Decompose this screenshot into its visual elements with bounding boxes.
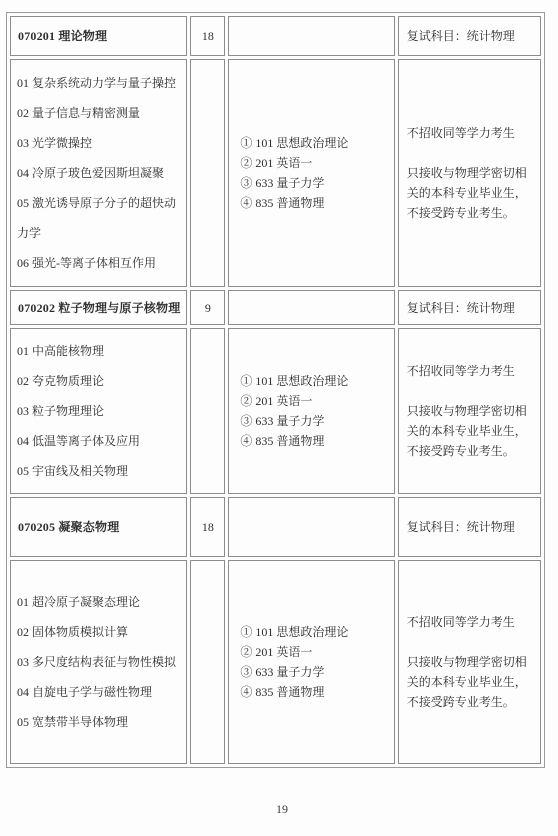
direction-line: 05 宽禁带半导体物理	[17, 707, 182, 737]
direction-line: 02 量子信息与精密测量	[17, 98, 182, 128]
exam-line: ② 201 英语一	[240, 391, 389, 411]
direction-line: 01 超冷原子凝聚态理论	[17, 587, 182, 617]
exam-subjects-cell: ① 101 思想政治理论 ② 201 英语一 ③ 633 量子力学 ④ 835 …	[228, 328, 394, 494]
document-page: 070201 理论物理 18 复试科目：统计物理 01 复杂系统动力学与量子操控…	[0, 0, 558, 836]
remark-paragraph: 不招收同等学力考生	[407, 612, 536, 632]
program-detail-row: 01 超冷原子凝聚态理论 02 固体物质模拟计算 03 多尺度结构表征与物性模拟…	[10, 560, 541, 764]
program-code-row: 070201 理论物理 18 复试科目：统计物理	[10, 16, 541, 56]
direction-line: 05 激光诱导原子分子的超快动力学	[17, 188, 182, 248]
exam-line: ① 101 思想政治理论	[240, 371, 389, 391]
exam-line: ④ 835 普通物理	[240, 431, 389, 451]
direction-line: 02 夸克物质理论	[17, 366, 182, 396]
exam-subjects-cell: ① 101 思想政治理论 ② 201 英语一 ③ 633 量子力学 ④ 835 …	[228, 560, 394, 764]
remarks-cell: 不招收同等学力考生 只接收与物理学密切相关的本科专业毕业生，不接受跨专业考生。	[398, 59, 541, 287]
direction-line: 06 强光-等离子体相互作用	[17, 248, 182, 278]
admissions-table: 070201 理论物理 18 复试科目：统计物理 01 复杂系统动力学与量子操控…	[6, 12, 545, 768]
quota-cell: 18	[190, 497, 225, 557]
quota-cell: 18	[190, 16, 225, 56]
empty-cell	[190, 59, 225, 287]
direction-line: 01 复杂系统动力学与量子操控	[17, 68, 182, 98]
program-name-cell: 070202 粒子物理与原子核物理	[10, 290, 187, 325]
exam-line: ① 101 思想政治理论	[240, 622, 389, 642]
direction-line: 01 中高能核物理	[17, 336, 182, 366]
direction-line: 04 自旋电子学与磁性物理	[17, 677, 182, 707]
program-name-cell: 070201 理论物理	[10, 16, 187, 56]
remark-paragraph: 只接收与物理学密切相关的本科专业毕业生，不接受跨专业考生。	[407, 163, 536, 223]
remarks-cell: 不招收同等学力考生 只接收与物理学密切相关的本科专业毕业生，不接受跨专业考生。	[398, 560, 541, 764]
program-code-row: 070202 粒子物理与原子核物理 9 复试科目：统计物理	[10, 290, 541, 325]
direction-line: 02 固体物质模拟计算	[17, 617, 182, 647]
direction-line: 03 多尺度结构表征与物性模拟	[17, 647, 182, 677]
program-code-row: 070205 凝聚态物理 18 复试科目：统计物理	[10, 497, 541, 557]
retest-subject-cell: 复试科目：统计物理	[398, 497, 541, 557]
empty-cell	[228, 16, 394, 56]
exam-subjects-cell: ① 101 思想政治理论 ② 201 英语一 ③ 633 量子力学 ④ 835 …	[228, 59, 394, 287]
empty-cell	[190, 560, 225, 764]
page-number: 19	[6, 802, 558, 817]
retest-subject-cell: 复试科目：统计物理	[398, 16, 541, 56]
remark-paragraph: 不招收同等学力考生	[407, 361, 536, 381]
program-detail-row: 01 中高能核物理 02 夸克物质理论 03 粒子物理理论 04 低温等离子体及…	[10, 328, 541, 494]
program-detail-row: 01 复杂系统动力学与量子操控 02 量子信息与精密测量 03 光学微操控 04…	[10, 59, 541, 287]
empty-cell	[228, 290, 394, 325]
remarks-cell: 不招收同等学力考生 只接收与物理学密切相关的本科专业毕业生，不接受跨专业考生。	[398, 328, 541, 494]
direction-line: 03 粒子物理理论	[17, 396, 182, 426]
direction-line: 03 光学微操控	[17, 128, 182, 158]
empty-cell	[190, 328, 225, 494]
exam-line: ③ 633 量子力学	[240, 411, 389, 431]
quota-cell: 9	[190, 290, 225, 325]
program-name-cell: 070205 凝聚态物理	[10, 497, 187, 557]
direction-line: 04 冷原子玻色爱因斯坦凝聚	[17, 158, 182, 188]
research-directions-cell: 01 中高能核物理 02 夸克物质理论 03 粒子物理理论 04 低温等离子体及…	[10, 328, 187, 494]
retest-subject-cell: 复试科目：统计物理	[398, 290, 541, 325]
remark-paragraph: 不招收同等学力考生	[407, 123, 536, 143]
direction-line: 04 低温等离子体及应用	[17, 426, 182, 456]
remark-paragraph: 只接收与物理学密切相关的本科专业毕业生，不接受跨专业考生。	[407, 652, 536, 712]
exam-line: ④ 835 普通物理	[240, 682, 389, 702]
exam-line: ④ 835 普通物理	[240, 193, 389, 213]
exam-line: ③ 633 量子力学	[240, 173, 389, 193]
exam-line: ② 201 英语一	[240, 642, 389, 662]
empty-cell	[228, 497, 394, 557]
research-directions-cell: 01 复杂系统动力学与量子操控 02 量子信息与精密测量 03 光学微操控 04…	[10, 59, 187, 287]
research-directions-cell: 01 超冷原子凝聚态理论 02 固体物质模拟计算 03 多尺度结构表征与物性模拟…	[10, 560, 187, 764]
direction-line: 05 宇宙线及相关物理	[17, 456, 182, 486]
exam-line: ② 201 英语一	[240, 153, 389, 173]
exam-line: ① 101 思想政治理论	[240, 133, 389, 153]
exam-line: ③ 633 量子力学	[240, 662, 389, 682]
remark-paragraph: 只接收与物理学密切相关的本科专业毕业生，不接受跨专业考生。	[407, 401, 536, 461]
